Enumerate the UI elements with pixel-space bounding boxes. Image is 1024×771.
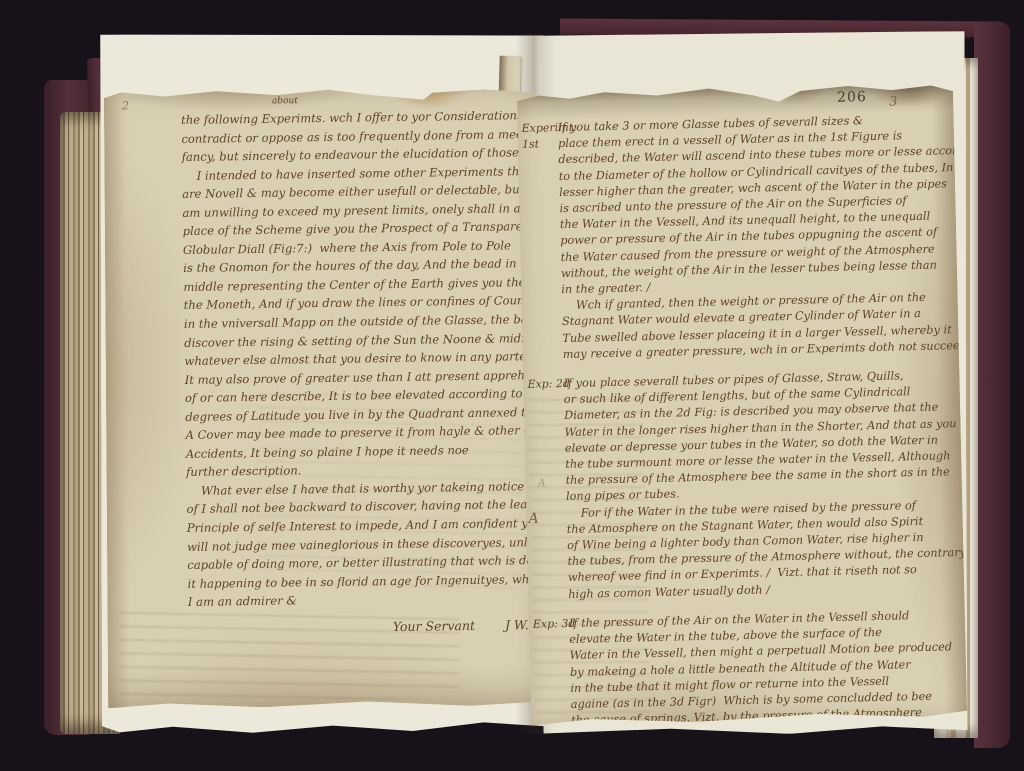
page-number-left: 2 bbox=[122, 99, 129, 112]
signature-initials: J W. bbox=[505, 616, 529, 635]
right-page-text: Experimt: 1st If you take 3 or more Glas… bbox=[558, 111, 964, 742]
ink-bleedthrough bbox=[119, 607, 460, 701]
ink-bleedthrough bbox=[256, 387, 522, 594]
experiment-2: Exp: 2d If you place severall tubes or p… bbox=[563, 367, 960, 603]
experiment-3-body: If the pressure of the Air on the Water … bbox=[569, 607, 963, 729]
manuscript-photograph: 2 about the following Experimts. wch I o… bbox=[0, 0, 1024, 771]
book-cover-right-board bbox=[974, 22, 1010, 748]
experiment-1-body: If you take 3 or more Glasse tubes of se… bbox=[558, 111, 955, 363]
experiment-3: Exp: 3d If the pressure of the Air on th… bbox=[569, 607, 963, 729]
manuscript-page-left: 2 about the following Experimts. wch I o… bbox=[104, 86, 540, 709]
experiment-2-label: Exp: 2d bbox=[527, 376, 587, 394]
folio-number: 206 bbox=[837, 89, 867, 106]
interlinear-insertion: about bbox=[272, 96, 298, 106]
manuscript-page-right: 206 3 A A Experimt: 1st If you take 3 or… bbox=[517, 81, 967, 727]
experiment-3-label: Exp: 3d bbox=[533, 615, 593, 633]
experiment-2-body: If you place severall tubes or pipes of … bbox=[563, 367, 960, 603]
page-number-right: 3 bbox=[889, 94, 898, 109]
experiment-1-label: Experimt: 1st bbox=[522, 120, 583, 154]
experiment-1: Experimt: 1st If you take 3 or more Glas… bbox=[558, 111, 955, 363]
